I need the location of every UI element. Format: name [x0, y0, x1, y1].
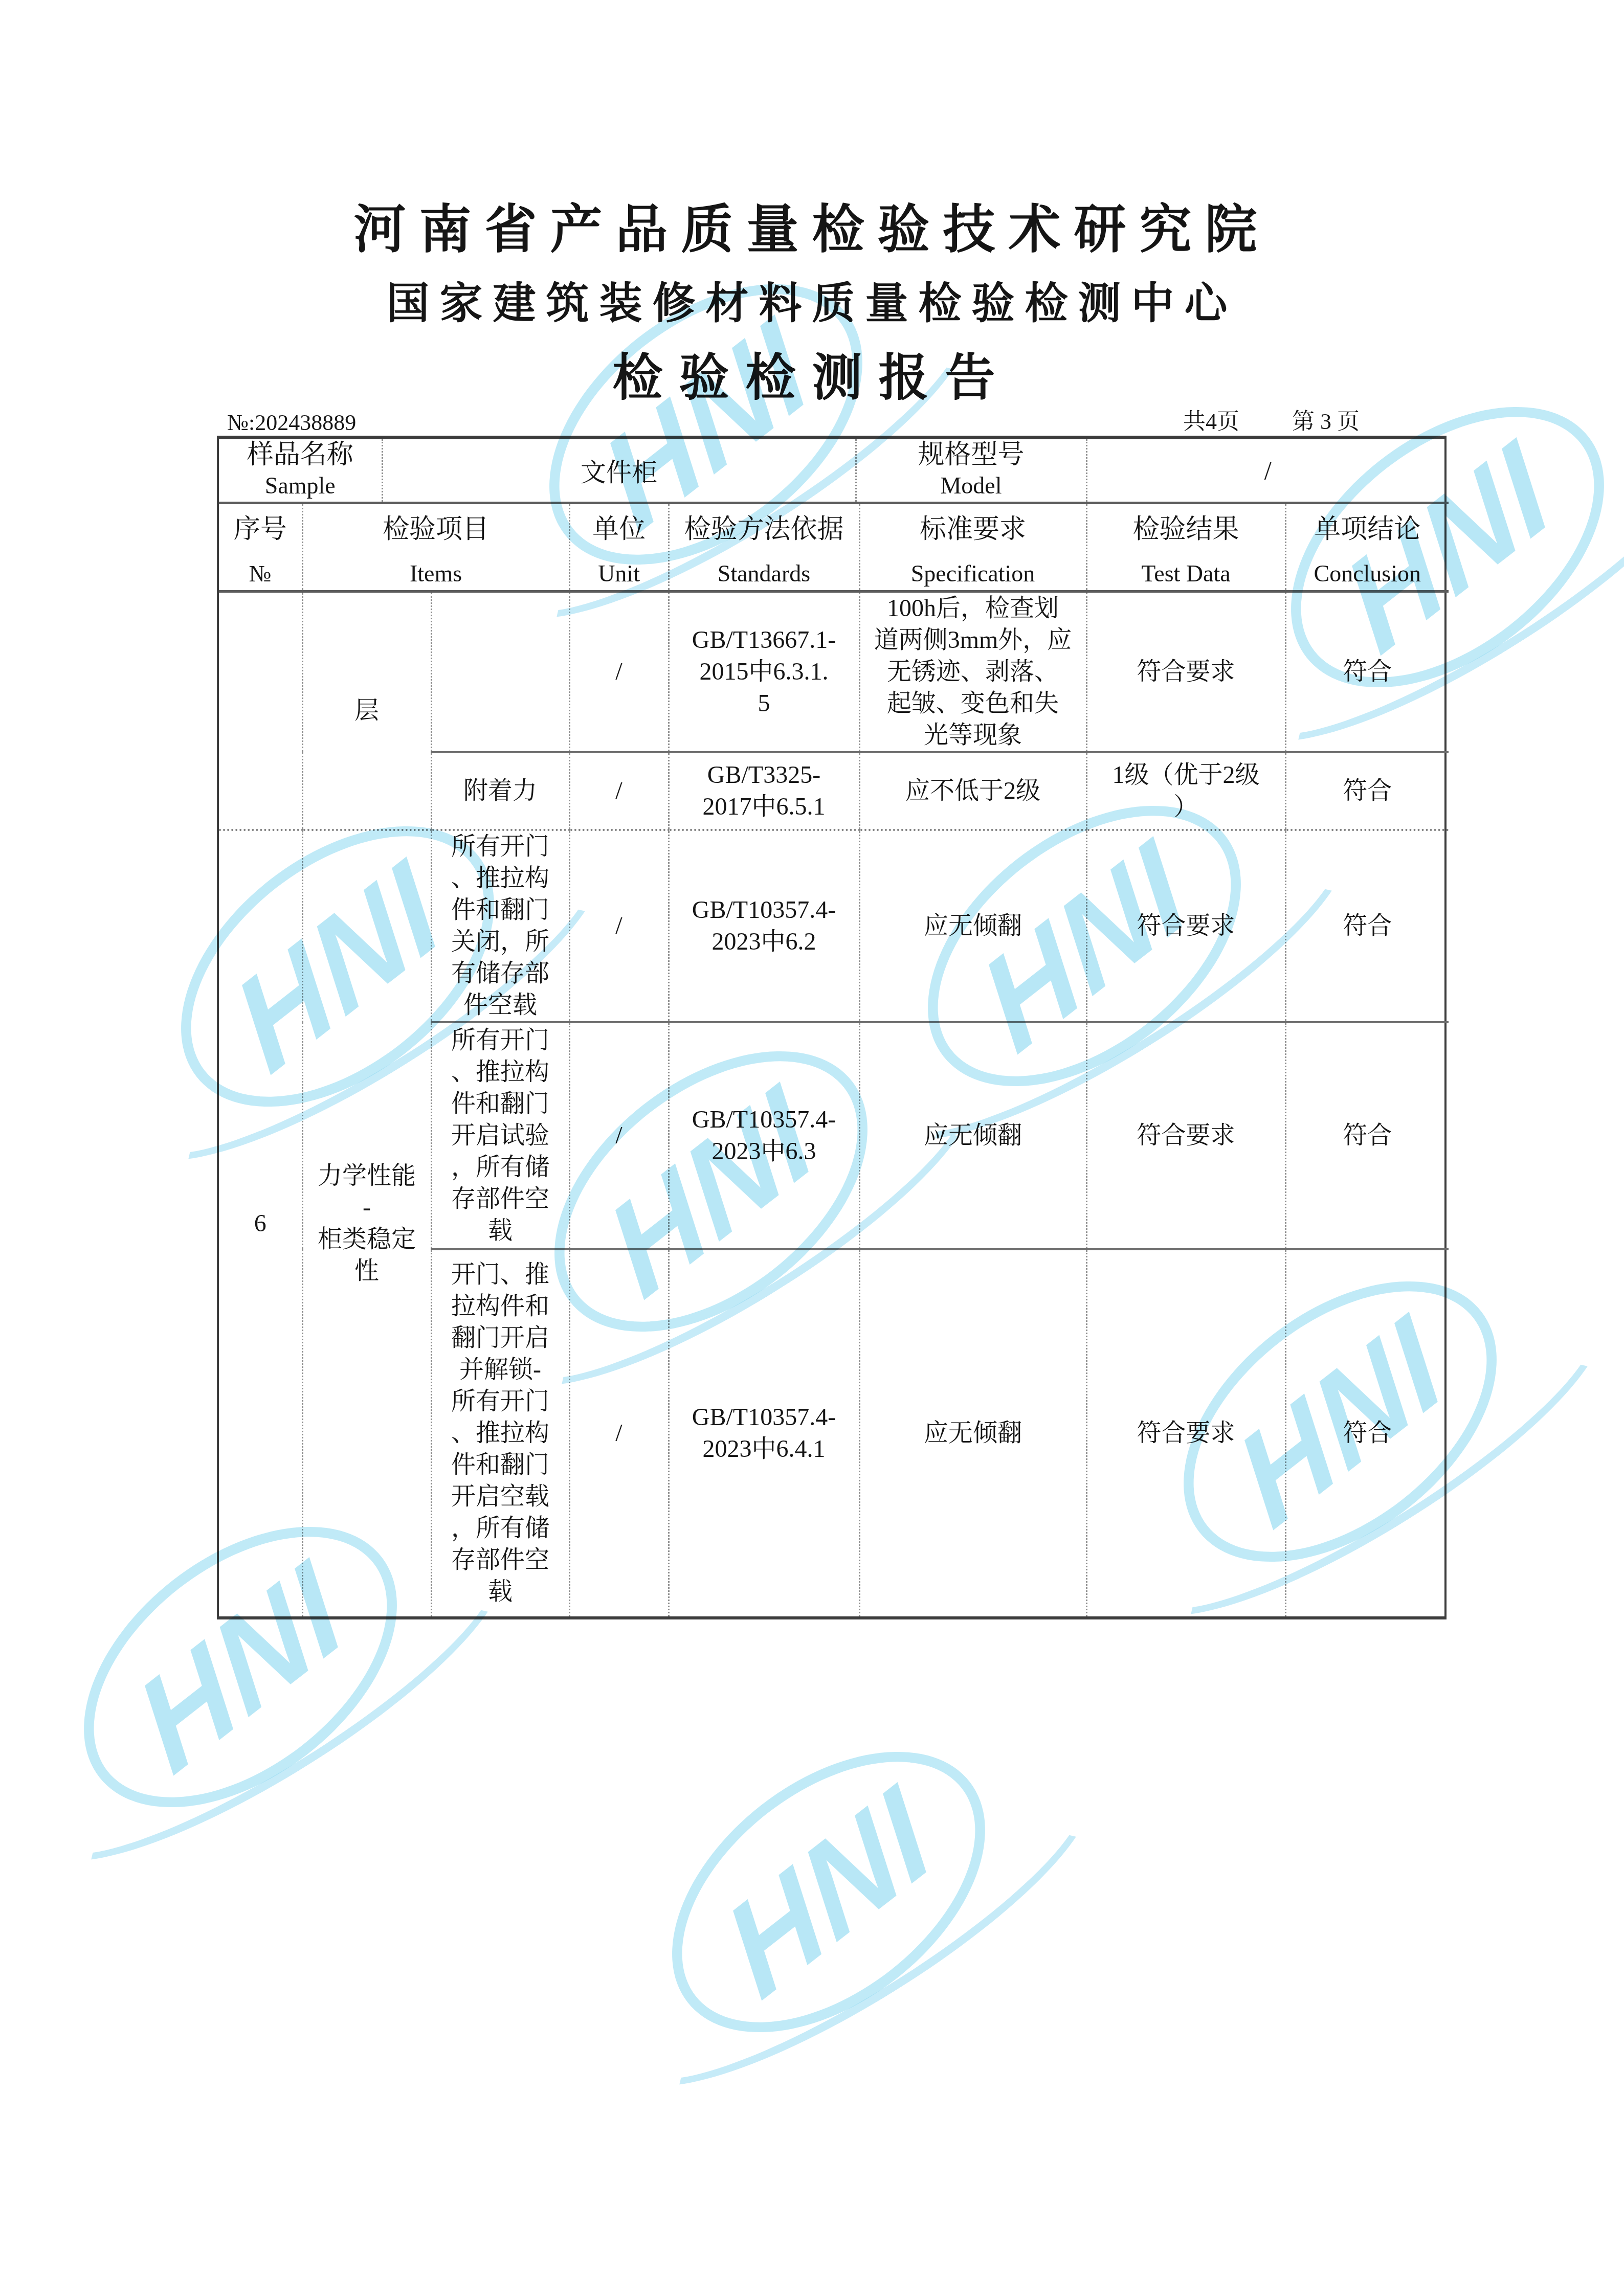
col-standards-en: Standards: [718, 560, 810, 587]
total-pages: 共4页: [1183, 403, 1239, 436]
cell-specification: 100h后，检查划 道两侧3mm外，应 无锈迹、剥落、 起皱、变色和失 光等现象: [859, 592, 1086, 753]
cell-conclusion: 符合: [1285, 1022, 1449, 1249]
cell-test-data: 符合要求: [1086, 1249, 1285, 1616]
cell-standard: GB/T10357.4- 2023中6.4.1: [669, 1249, 859, 1616]
col-result-en: Test Data: [1141, 560, 1230, 587]
report-title: 检验检测报告: [0, 337, 1624, 410]
cell-unit: /: [569, 752, 669, 830]
col-specification: 标准要求 Specification: [859, 504, 1086, 592]
sample-label-en: Sample: [219, 470, 382, 501]
col-result-cn: 检验结果: [1133, 507, 1239, 546]
page-indicator: 共4页 第 3 页: [1183, 403, 1360, 436]
col-conclusion-cn: 单项结论: [1314, 507, 1420, 546]
col-items-cn: 检验项目: [383, 507, 489, 546]
cell-specification: 应无倾翻: [859, 1022, 1086, 1249]
col-standards-cn: 检验方法依据: [684, 507, 844, 546]
cell-unit: /: [569, 830, 669, 1022]
report-table: 样品名称 Sample 文件柜 规格型号 Model / 序号: [217, 436, 1447, 1619]
col-no-cn: 序号: [234, 507, 287, 546]
report-number: №:202438889: [227, 410, 356, 436]
cell-standard: GB/T13667.1- 2015中6.3.1. 5: [669, 592, 859, 753]
cell-item: 所有开门 、推拉构 件和翻门 关闭，所 有储存部 件空载: [431, 830, 569, 1022]
cell-conclusion: 符合: [1285, 1249, 1449, 1616]
cell-standard: GB/T10357.4- 2023中6.3: [669, 1022, 859, 1249]
model-label-cn: 规格型号: [857, 440, 1086, 470]
meta-line: №:202438889 共4页 第 3 页: [217, 403, 1447, 436]
model-label-en: Model: [857, 470, 1086, 501]
cell-item: 附着力: [431, 752, 569, 830]
cell-serial: 6: [219, 830, 302, 1616]
table-row: 6 力学性能 - 柜类稳定 性 所有开门 、推拉构 件和翻门 关闭，所 有储存部…: [219, 830, 1449, 1022]
col-items-en: Items: [410, 560, 462, 587]
sample-label-cn: 样品名称: [219, 440, 382, 470]
cell-unit: /: [569, 592, 669, 753]
col-standards: 检验方法依据 Standards: [669, 504, 859, 592]
column-header-row: 序号 № 检验项目 Items 单位 Unit: [219, 504, 1449, 592]
cell-item: 所有开门 、推拉构 件和翻门 开启试验 ，所有储 存部件空 载: [431, 1022, 569, 1249]
col-items: 检验项目 Items: [302, 504, 569, 592]
results-table: 序号 № 检验项目 Items 单位 Unit: [219, 504, 1449, 1616]
hni-logo-text: HNI: [635, 1683, 1022, 2101]
cell-test-data: 符合要求: [1086, 1022, 1285, 1249]
hni-watermark-icon: HNI: [620, 1695, 1037, 2089]
center-title: 国家建筑装修材料质量检验检测中心: [0, 269, 1624, 331]
table-row: 层 / GB/T13667.1- 2015中6.3.1. 5 100h后，检查划…: [219, 592, 1449, 753]
cell-serial: [219, 592, 302, 830]
col-test-data: 检验结果 Test Data: [1086, 504, 1285, 592]
cell-specification: 应无倾翻: [859, 830, 1086, 1022]
cell-test-data: 符合要求: [1086, 830, 1285, 1022]
col-conclusion-en: Conclusion: [1314, 560, 1421, 587]
report-page: 河南省产品质量检验技术研究院 国家建筑装修材料质量检验检测中心 检验检测报告 №…: [0, 0, 1624, 2296]
sample-header-table: 样品名称 Sample 文件柜 规格型号 Model /: [219, 439, 1449, 504]
cell-test-data: 符合要求: [1086, 592, 1285, 753]
cell-conclusion: 符合: [1285, 830, 1449, 1022]
col-unit-cn: 单位: [592, 507, 646, 546]
col-unit: 单位 Unit: [569, 504, 669, 592]
cell-conclusion: 符合: [1285, 592, 1449, 753]
cell-test-data: 1级（优于2级 ）: [1086, 752, 1285, 830]
model-value-cell: /: [1086, 439, 1449, 503]
sample-value-cell: 文件柜: [382, 439, 856, 503]
current-page: 第 3 页: [1292, 403, 1360, 436]
cell-item: [431, 592, 569, 753]
cell-specification: 应无倾翻: [859, 1249, 1086, 1616]
cell-unit: /: [569, 1249, 669, 1616]
col-conclusion: 单项结论 Conclusion: [1285, 504, 1449, 592]
col-spec-cn: 标准要求: [920, 507, 1026, 546]
cell-category: 层: [302, 592, 431, 830]
col-no: 序号 №: [219, 504, 302, 592]
sample-label-cell: 样品名称 Sample: [219, 439, 382, 503]
cell-conclusion: 符合: [1285, 752, 1449, 830]
cell-item: 开门、推 拉构件和 翻门开启 并解锁- 所有开门 、推拉构 件和翻门 开启空载 …: [431, 1249, 569, 1616]
cell-standard: GB/T3325- 2017中6.5.1: [669, 752, 859, 830]
cell-category: 力学性能 - 柜类稳定 性: [302, 830, 431, 1616]
cell-unit: /: [569, 1022, 669, 1249]
col-no-en: №: [249, 560, 272, 587]
model-label-cell: 规格型号 Model: [856, 439, 1086, 503]
table-row: 样品名称 Sample 文件柜 规格型号 Model /: [219, 439, 1449, 503]
col-unit-en: Unit: [598, 560, 640, 587]
col-spec-en: Specification: [911, 560, 1035, 587]
institute-title: 河南省产品质量检验技术研究院: [0, 188, 1624, 263]
cell-specification: 应不低于2级: [859, 752, 1086, 830]
cell-standard: GB/T10357.4- 2023中6.2: [669, 830, 859, 1022]
